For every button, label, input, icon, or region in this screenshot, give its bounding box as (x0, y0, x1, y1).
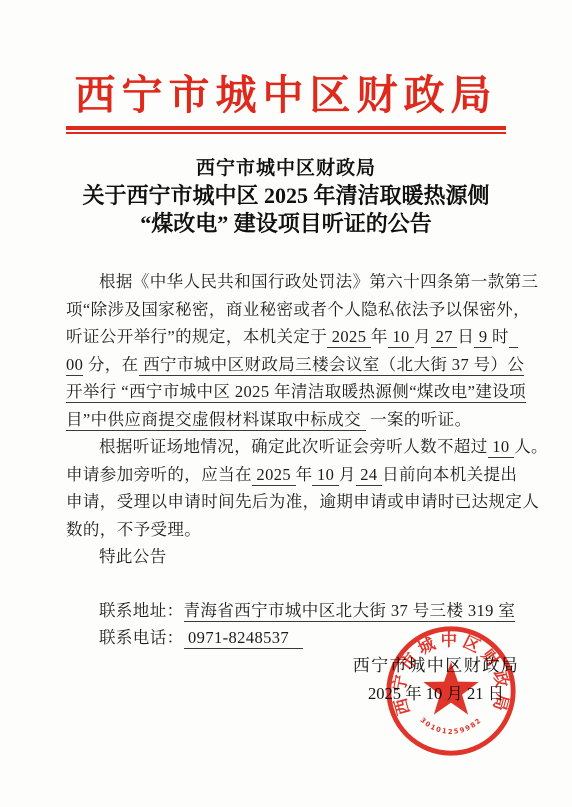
scanned-document-page: 西宁市城中区财政局 西宁市城中区财政局 关于西宁市城中区 2025 年清洁取暖热… (0, 0, 572, 807)
fill-in-underlined-value (509, 327, 518, 348)
text-line: 00 分，在 西宁市城中区财政局三楼会议室（北大街 37 号）公 (66, 351, 510, 379)
fill-in-underlined-value: 青海省西宁市城中区北大街 37 号三楼 319 室 (184, 601, 516, 622)
fill-in-underlined-value: 2025 (327, 327, 371, 348)
fill-in-underlined-value: 27 (431, 327, 457, 348)
title-subject-line-1: 关于西宁市城中区 2025 年清洁取暖热源侧 (0, 182, 572, 210)
divider-thick-line (66, 126, 506, 130)
text-line: 听证公开举行”的规定，本机关定于 2025 年 10 月 27 日 9 时 (66, 323, 510, 351)
text-line: 申请参加旁听的，应当在 2025 年 10 月 24 日前向本机关提出 (66, 461, 510, 489)
text-line: 特此公告 (66, 543, 510, 571)
text-run: 人。 (514, 437, 548, 456)
text-run: 年 (371, 327, 388, 346)
text-run: 根据听证场地情况，确定此次听证会旁听人数不超过 (99, 437, 488, 456)
official-seal: 西宁市城中区财政局 6301012599820 (383, 623, 519, 759)
text-run: 项“除涉及国家秘密，商业秘密或者个人隐私依法予以保密外， (66, 300, 530, 319)
text-run: 时 (492, 327, 509, 346)
text-run: 分，在 (83, 355, 138, 374)
seal-star-icon (423, 662, 478, 715)
fill-in-underlined-value: 西宁市城中区财政局三楼会议室（北大街 37 号）公 (139, 355, 525, 376)
text-line: 项“除涉及国家秘密，商业秘密或者个人隐私依法予以保密外， (66, 296, 510, 324)
text-line: 根据《中华人民共和国行政处罚法》第六十四条第一款第三 (66, 268, 510, 296)
fill-in-underlined-value: 10 (312, 465, 338, 486)
document-body: 根据《中华人民共和国行政处罚法》第六十四条第一款第三项“除涉及国家秘密，商业秘密… (66, 268, 510, 652)
fill-in-underlined-value: 24 (356, 465, 382, 486)
fill-in-underlined-value: 开举行 “西宁市城中区 2025 年清洁取暖热源侧“煤改电”建设项 (66, 382, 526, 403)
text-run: 日前向本机关提出 (382, 465, 517, 484)
text-run: 月 (414, 327, 431, 346)
text-run: 数的，不予受理。 (66, 520, 201, 539)
text-run: 申请，受理以申请时间先后为准，逾期申请或申请时已达规定人 (66, 492, 539, 511)
text-run: 一案的听证。 (366, 410, 472, 429)
letterhead-agency-name: 西宁市城中区财政局 (0, 62, 572, 121)
text-line: 数的，不予受理。 (66, 516, 510, 544)
fill-in-underlined-value: 0971-8248537 (184, 628, 303, 649)
divider-thin-line (66, 132, 506, 134)
text-line: 根据听证场地情况，确定此次听证会旁听人数不超过 10 人。 (66, 433, 510, 461)
paragraph-closing: 特此公告 (66, 543, 510, 571)
fill-in-underlined-value: 00 (66, 355, 83, 376)
document-title: 西宁市城中区财政局 关于西宁市城中区 2025 年清洁取暖热源侧 “煤改电” 建… (0, 156, 572, 238)
text-run: 听证公开举行”的规定，本机关定于 (66, 327, 327, 346)
text-run: 申请参加旁听的，应当在 (66, 465, 252, 484)
text-run: 联系电话： (99, 628, 184, 647)
text-run: 联系地址： (99, 601, 184, 620)
text-line: 目”中供应商提交虚假材料谋取中标成交 一案的听证。 (66, 406, 510, 434)
fill-in-underlined-value: 2025 (252, 465, 296, 486)
text-run: 月 (339, 465, 356, 484)
title-subject-line-2: “煤改电” 建设项目听证的公告 (0, 210, 572, 238)
text-line: 联系地址：青海省西宁市城中区北大街 37 号三楼 319 室 (66, 597, 510, 625)
text-line: 开举行 “西宁市城中区 2025 年清洁取暖热源侧“煤改电”建设项 (66, 378, 510, 406)
text-line: 申请，受理以申请时间先后为准，逾期申请或申请时已达规定人 (66, 488, 510, 516)
fill-in-underlined-value: 9 (474, 327, 492, 348)
paragraph-hearing-basis: 根据《中华人民共和国行政处罚法》第六十四条第一款第三项“除涉及国家秘密，商业秘密… (66, 268, 510, 433)
paragraph-audience-rules: 根据听证场地情况，确定此次听证会旁听人数不超过 10 人。申请参加旁听的，应当在… (66, 433, 510, 543)
fill-in-underlined-value: 目”中供应商提交虚假材料谋取中标成交 (66, 410, 366, 431)
text-run: 根据《中华人民共和国行政处罚法》第六十四条第一款第三 (99, 272, 538, 291)
fill-in-underlined-value: 10 (488, 437, 514, 458)
fill-in-underlined-value: 10 (388, 327, 414, 348)
text-run: 年 (296, 465, 313, 484)
text-run: 特此公告 (99, 547, 167, 566)
text-run: 日 (457, 327, 474, 346)
title-agency-line: 西宁市城中区财政局 (0, 156, 572, 182)
letterhead-divider (66, 126, 506, 134)
